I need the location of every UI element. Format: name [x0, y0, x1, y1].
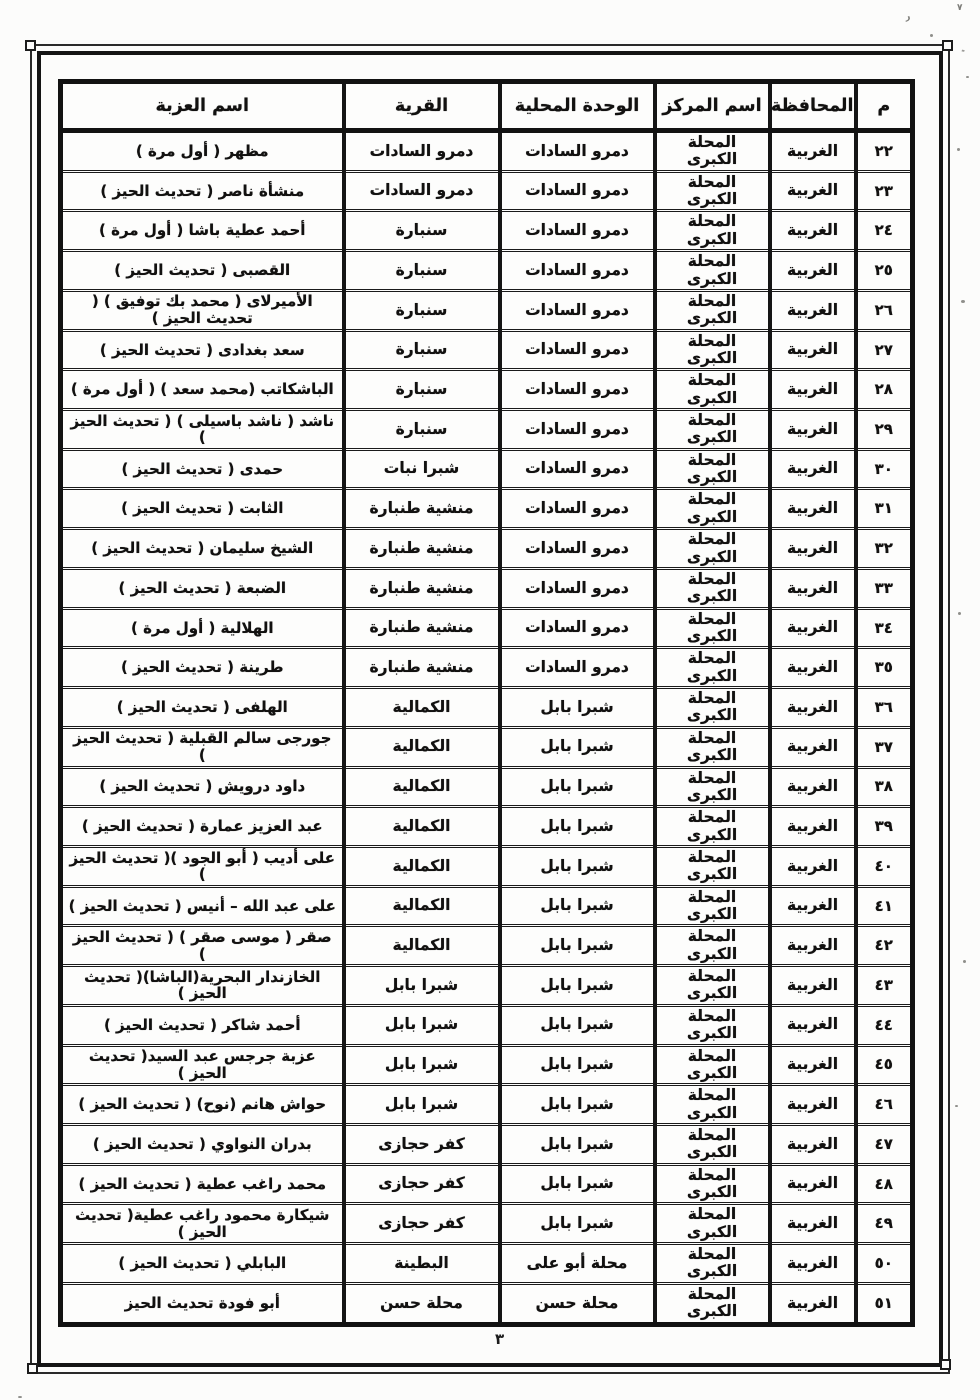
column-header-village: القرية [344, 82, 500, 131]
cell-hamlet: عبد العزيز عمارة ( تحديث الحيز ) [61, 807, 344, 847]
cell-center: المحلة الكبرى [655, 807, 770, 847]
table-row: ٤٥الغربيةالمحلة الكبرىشبرا بابلشبرا بابل… [61, 1045, 913, 1085]
cell-no: ٤٩ [856, 1204, 913, 1244]
cell-governorate: الغربية [770, 330, 856, 370]
cell-village: الكمالية [344, 688, 500, 728]
cell-village: الكمالية [344, 727, 500, 767]
cell-no: ٢٩ [856, 410, 913, 450]
cell-hamlet: عزبة جرجس عبد السيد( تحديث الحيز ) [61, 1045, 344, 1085]
table-row: ٤٤الغربيةالمحلة الكبرىشبرا بابلشبرا بابل… [61, 1005, 913, 1045]
cell-no: ٣٦ [856, 688, 913, 728]
cell-no: ٢٥ [856, 251, 913, 291]
cell-hamlet: الهلالية ( أول مرة ) [61, 608, 344, 648]
table-row: ٢٧الغربيةالمحلة الكبرىدمرو الساداتسنبارة… [61, 330, 913, 370]
cell-hamlet: جورجى سالم القبلية ( تحديث الحيز ) [61, 727, 344, 767]
cell-local-unit: شبرا بابل [500, 727, 655, 767]
cell-center: المحلة الكبرى [655, 608, 770, 648]
cell-village: كفر حجازى [344, 1204, 500, 1244]
cell-village: سنبارة [344, 330, 500, 370]
cell-center: المحلة الكبرى [655, 1244, 770, 1284]
cell-governorate: الغربية [770, 1283, 856, 1324]
cell-governorate: الغربية [770, 966, 856, 1006]
cell-governorate: الغربية [770, 290, 856, 330]
hamlets-table: مالمحافظةاسم المركزالوحدة المحليةالقريةا… [58, 79, 915, 1327]
cell-governorate: الغربية [770, 886, 856, 926]
cell-hamlet: أحمد شاكر ( تحديث الحيز ) [61, 1005, 344, 1045]
cell-hamlet: حمدى ( تحديث الحيز ) [61, 449, 344, 489]
cell-local-unit: شبرا بابل [500, 966, 655, 1006]
table-row: ٢٢الغربيةالمحلة الكبرىدمرو الساداتدمرو ا… [61, 131, 913, 172]
table-row: ٢٩الغربيةالمحلة الكبرىدمرو الساداتسنبارة… [61, 410, 913, 450]
cell-local-unit: دمرو السادات [500, 608, 655, 648]
table-row: ٤٨الغربيةالمحلة الكبرىشبرا بابلكفر حجازى… [61, 1164, 913, 1204]
cell-village: شبرا بابل [344, 1005, 500, 1045]
cell-village: منشية طنبارة [344, 568, 500, 608]
cell-local-unit: شبرا بابل [500, 886, 655, 926]
cell-center: المحلة الكبرى [655, 1283, 770, 1324]
cell-center: المحلة الكبرى [655, 529, 770, 569]
scan-speck [958, 612, 961, 615]
cell-governorate: الغربية [770, 529, 856, 569]
cell-local-unit: دمرو السادات [500, 131, 655, 172]
cell-local-unit: دمرو السادات [500, 529, 655, 569]
cell-center: المحلة الكبرى [655, 489, 770, 529]
table-row: ٢٣الغربيةالمحلة الكبرىدمرو الساداتدمرو ا… [61, 171, 913, 211]
cell-village: منشية طنبارة [344, 608, 500, 648]
cell-hamlet: منشأة ناصر ( تحديث الحيز ) [61, 171, 344, 211]
cell-village: سنبارة [344, 251, 500, 291]
cell-no: ٣١ [856, 489, 913, 529]
cell-no: ٢٤ [856, 211, 913, 251]
cell-governorate: الغربية [770, 1244, 856, 1284]
cell-no: ٢٧ [856, 330, 913, 370]
cell-no: ٤٢ [856, 926, 913, 966]
cell-hamlet: داود درويش ( تحديث الحيز ) [61, 767, 344, 807]
cell-hamlet: ناشد ( ناشد باسيلى ) ( تحديث الحيز ) [61, 410, 344, 450]
table-row: ٤٧الغربيةالمحلة الكبرىشبرا بابلكفر حجازى… [61, 1124, 913, 1164]
cell-center: المحلة الكبرى [655, 767, 770, 807]
column-header-no: م [856, 82, 913, 131]
cell-local-unit: شبرا بابل [500, 926, 655, 966]
cell-local-unit: دمرو السادات [500, 171, 655, 211]
cell-center: المحلة الكبرى [655, 1045, 770, 1085]
table-row: ٢٦الغربيةالمحلة الكبرىدمرو الساداتسنبارة… [61, 290, 913, 330]
cell-no: ٢٣ [856, 171, 913, 211]
cell-hamlet: البابلي ( تحديث الحيز ) [61, 1244, 344, 1284]
cell-village: دمرو السادات [344, 171, 500, 211]
frame-corner-ornament [942, 40, 953, 51]
cell-center: المحلة الكبرى [655, 886, 770, 926]
cell-center: المحلة الكبرى [655, 688, 770, 728]
table-row: ٢٤الغربيةالمحلة الكبرىدمرو الساداتسنبارة… [61, 211, 913, 251]
cell-governorate: الغربية [770, 1204, 856, 1244]
table-row: ٣٠الغربيةالمحلة الكبرىدمرو الساداتشبرا ن… [61, 449, 913, 489]
table-header-row: مالمحافظةاسم المركزالوحدة المحليةالقريةا… [61, 82, 913, 131]
cell-village: شبرا بابل [344, 966, 500, 1006]
cell-center: المحلة الكبرى [655, 727, 770, 767]
table-row: ٥٠الغربيةالمحلة الكبرىمحلة أبو علىالبطين… [61, 1244, 913, 1284]
frame-corner-ornament [940, 1359, 951, 1370]
cell-village: الكمالية [344, 807, 500, 847]
cell-governorate: الغربية [770, 1045, 856, 1085]
cell-governorate: الغربية [770, 251, 856, 291]
cell-local-unit: دمرو السادات [500, 489, 655, 529]
table-row: ٣٦الغربيةالمحلة الكبرىشبرا بابلالكماليةا… [61, 688, 913, 728]
scan-speck [18, 1396, 22, 1398]
cell-no: ٢٦ [856, 290, 913, 330]
table-row: ٣١الغربيةالمحلة الكبرىدمرو الساداتمنشية … [61, 489, 913, 529]
cell-center: المحلة الكبرى [655, 1085, 770, 1125]
cell-village: دمرو السادات [344, 131, 500, 172]
cell-local-unit: دمرو السادات [500, 449, 655, 489]
cell-local-unit: شبرا بابل [500, 1045, 655, 1085]
cell-no: ٤٤ [856, 1005, 913, 1045]
scanned-page: مالمحافظةاسم المركزالوحدة المحليةالقريةا… [0, 0, 980, 1400]
cell-no: ٤٠ [856, 846, 913, 886]
cell-hamlet: أبو فودة تحديث الحيز [61, 1283, 344, 1324]
cell-no: ٤٣ [856, 966, 913, 1006]
cell-village: كفر حجازى [344, 1164, 500, 1204]
cell-no: ٣٤ [856, 608, 913, 648]
cell-center: المحلة الكبرى [655, 171, 770, 211]
table-row: ٣٨الغربيةالمحلة الكبرىشبرا بابلالكماليةد… [61, 767, 913, 807]
cell-hamlet: الهلفى ( تحديث الحيز ) [61, 688, 344, 728]
cell-local-unit: محلة أبو على [500, 1244, 655, 1284]
table-row: ٣٧الغربيةالمحلة الكبرىشبرا بابلالكماليةج… [61, 727, 913, 767]
cell-no: ٣٢ [856, 529, 913, 569]
column-header-local-unit: الوحدة المحلية [500, 82, 655, 131]
cell-center: المحلة الكبرى [655, 1204, 770, 1244]
table-body: ٢٢الغربيةالمحلة الكبرىدمرو الساداتدمرو ا… [61, 131, 913, 1325]
cell-hamlet: على عبد الله – أنيس ( تحديث الحيز ) [61, 886, 344, 926]
cell-hamlet: على أديب ( أبو الجود )( تحديث الحيز ) [61, 846, 344, 886]
cell-local-unit: شبرا بابل [500, 767, 655, 807]
cell-village: محلة حسن [344, 1283, 500, 1324]
cell-local-unit: دمرو السادات [500, 251, 655, 291]
table-row: ٤٠الغربيةالمحلة الكبرىشبرا بابلالكماليةع… [61, 846, 913, 886]
cell-hamlet: الشيخ سليمان ( تحديث الحيز ) [61, 529, 344, 569]
cell-hamlet: شيكارة محمود راغب عطية( تحديث الحيز ) [61, 1204, 344, 1244]
cell-no: ٥٠ [856, 1244, 913, 1284]
cell-village: الكمالية [344, 767, 500, 807]
cell-local-unit: شبرا بابل [500, 1124, 655, 1164]
scan-speck [955, 1105, 958, 1107]
cell-governorate: الغربية [770, 171, 856, 211]
cell-governorate: الغربية [770, 568, 856, 608]
cell-governorate: الغربية [770, 1164, 856, 1204]
cell-center: المحلة الكبرى [655, 330, 770, 370]
cell-governorate: الغربية [770, 926, 856, 966]
table-row: ٤٦الغربيةالمحلة الكبرىشبرا بابلشبرا بابل… [61, 1085, 913, 1125]
cell-hamlet: بدران النواوي ( تحديث الحيز ) [61, 1124, 344, 1164]
scan-speck: ٍ [960, 42, 963, 51]
cell-no: ٣٣ [856, 568, 913, 608]
cell-no: ٢٢ [856, 131, 913, 172]
column-header-hamlet: اسم العزبة [61, 82, 344, 131]
cell-no: ٤٨ [856, 1164, 913, 1204]
cell-local-unit: دمرو السادات [500, 290, 655, 330]
cell-village: شبرا نبات [344, 449, 500, 489]
cell-local-unit: دمرو السادات [500, 410, 655, 450]
cell-local-unit: شبرا بابل [500, 846, 655, 886]
cell-center: المحلة الكبرى [655, 926, 770, 966]
cell-village: الكمالية [344, 926, 500, 966]
cell-hamlet: سعد بغدادى ( تحديث الحيز ) [61, 330, 344, 370]
cell-hamlet: طرينة ( تحديث الحيز ) [61, 648, 344, 688]
cell-no: ٣٨ [856, 767, 913, 807]
scan-speck: ٧ [957, 3, 963, 13]
cell-village: شبرا بابل [344, 1045, 500, 1085]
frame-corner-ornament [25, 40, 36, 51]
frame-corner-ornament [27, 1363, 38, 1374]
cell-governorate: الغربية [770, 410, 856, 450]
cell-center: المحلة الكبرى [655, 290, 770, 330]
cell-governorate: الغربية [770, 648, 856, 688]
cell-governorate: الغربية [770, 370, 856, 410]
table-row: ٤٣الغربيةالمحلة الكبرىشبرا بابلشبرا بابل… [61, 966, 913, 1006]
table-row: ٢٥الغربيةالمحلة الكبرىدمرو الساداتسنبارة… [61, 251, 913, 291]
cell-hamlet: أحمد عطية باشا ( أول مرة ) [61, 211, 344, 251]
cell-no: ٣٠ [856, 449, 913, 489]
cell-hamlet: الضبعة ( تحديث الحيز ) [61, 568, 344, 608]
cell-village: البطينة [344, 1244, 500, 1284]
cell-governorate: الغربية [770, 767, 856, 807]
cell-governorate: الغربية [770, 1005, 856, 1045]
cell-village: سنبارة [344, 211, 500, 251]
cell-village: الكمالية [344, 846, 500, 886]
scan-speck [966, 76, 969, 78]
cell-center: المحلة الكبرى [655, 966, 770, 1006]
cell-center: المحلة الكبرى [655, 648, 770, 688]
cell-center: المحلة الكبرى [655, 1124, 770, 1164]
cell-center: المحلة الكبرى [655, 131, 770, 172]
cell-no: ٤١ [856, 886, 913, 926]
cell-local-unit: شبرا بابل [500, 1005, 655, 1045]
scan-speck [957, 148, 960, 151]
cell-governorate: الغربية [770, 1124, 856, 1164]
cell-local-unit: شبرا بابل [500, 807, 655, 847]
cell-local-unit: شبرا بابل [500, 688, 655, 728]
table-header: مالمحافظةاسم المركزالوحدة المحليةالقريةا… [61, 82, 913, 131]
table-row: ٣٢الغربيةالمحلة الكبرىدمرو الساداتمنشية … [61, 529, 913, 569]
table-row: ٢٨الغربيةالمحلة الكبرىدمرو الساداتسنبارة… [61, 370, 913, 410]
scan-speck [963, 960, 966, 963]
cell-no: ٣٧ [856, 727, 913, 767]
cell-governorate: الغربية [770, 1085, 856, 1125]
table-row: ٣٩الغربيةالمحلة الكبرىشبرا بابلالكماليةع… [61, 807, 913, 847]
cell-center: المحلة الكبرى [655, 449, 770, 489]
cell-village: سنبارة [344, 410, 500, 450]
cell-governorate: الغربية [770, 688, 856, 728]
cell-local-unit: محلة حسن [500, 1283, 655, 1324]
column-header-center: اسم المركز [655, 82, 770, 131]
table-row: ٣٣الغربيةالمحلة الكبرىدمرو الساداتمنشية … [61, 568, 913, 608]
cell-governorate: الغربية [770, 211, 856, 251]
cell-hamlet: محمد راغب عطية ( تحديث الحيز ) [61, 1164, 344, 1204]
cell-governorate: الغربية [770, 727, 856, 767]
cell-no: ٤٧ [856, 1124, 913, 1164]
cell-no: ٤٦ [856, 1085, 913, 1125]
cell-hamlet: الأميرلاى ( محمد بك توفيق ) ( تحديث الحي… [61, 290, 344, 330]
cell-village: سنبارة [344, 370, 500, 410]
page-number: ٣ [495, 1330, 504, 1348]
cell-village: منشية طنبارة [344, 529, 500, 569]
cell-governorate: الغربية [770, 846, 856, 886]
cell-hamlet: صقر ( موسى صقر ) ( تحديث الحيز ) [61, 926, 344, 966]
cell-governorate: الغربية [770, 608, 856, 648]
cell-local-unit: دمرو السادات [500, 330, 655, 370]
cell-no: ٣٥ [856, 648, 913, 688]
cell-local-unit: شبرا بابل [500, 1204, 655, 1244]
cell-local-unit: دمرو السادات [500, 370, 655, 410]
cell-center: المحلة الكبرى [655, 568, 770, 608]
cell-hamlet: مظهر ( أول مرة ) [61, 131, 344, 172]
table-row: ٣٥الغربيةالمحلة الكبرىدمرو الساداتمنشية … [61, 648, 913, 688]
cell-local-unit: دمرو السادات [500, 211, 655, 251]
cell-hamlet: الخازندار البحرية(الباشا)( تحديث الحيز ) [61, 966, 344, 1006]
cell-village: كفر حجازى [344, 1124, 500, 1164]
cell-governorate: الغربية [770, 489, 856, 529]
cell-center: المحلة الكبرى [655, 251, 770, 291]
cell-village: الكمالية [344, 886, 500, 926]
cell-center: المحلة الكبرى [655, 1164, 770, 1204]
cell-no: ٣٩ [856, 807, 913, 847]
cell-local-unit: دمرو السادات [500, 648, 655, 688]
table-row: ٥١الغربيةالمحلة الكبرىمحلة حسنمحلة حسنأب… [61, 1283, 913, 1324]
cell-center: المحلة الكبرى [655, 211, 770, 251]
table-row: ٤٢الغربيةالمحلة الكبرىشبرا بابلالكماليةص… [61, 926, 913, 966]
cell-center: المحلة الكبرى [655, 410, 770, 450]
table-row: ٤٩الغربيةالمحلة الكبرىشبرا بابلكفر حجازى… [61, 1204, 913, 1244]
cell-local-unit: شبرا بابل [500, 1085, 655, 1125]
table-row: ٣٤الغربيةالمحلة الكبرىدمرو الساداتمنشية … [61, 608, 913, 648]
column-header-governorate: المحافظة [770, 82, 856, 131]
cell-no: ٥١ [856, 1283, 913, 1324]
cell-hamlet: القصبى ( تحديث الحيز ) [61, 251, 344, 291]
cell-village: منشية طنبارة [344, 489, 500, 529]
cell-center: المحلة الكبرى [655, 1005, 770, 1045]
scan-speck [961, 300, 965, 303]
table-row: ٤١الغربيةالمحلة الكبرىشبرا بابلالكماليةع… [61, 886, 913, 926]
cell-village: شبرا بابل [344, 1085, 500, 1125]
cell-no: ٤٥ [856, 1045, 913, 1085]
cell-no: ٢٨ [856, 370, 913, 410]
cell-hamlet: حواش هانم (نوح) ( تحديث الحيز ) [61, 1085, 344, 1125]
cell-hamlet: الباشكاتب (محمد سعد ) ( أول مرة ) [61, 370, 344, 410]
cell-governorate: الغربية [770, 449, 856, 489]
scan-speck [930, 34, 933, 37]
cell-village: منشية طنبارة [344, 648, 500, 688]
cell-local-unit: دمرو السادات [500, 568, 655, 608]
cell-governorate: الغربية [770, 131, 856, 172]
scan-speck: ر [904, 11, 912, 22]
cell-center: المحلة الكبرى [655, 846, 770, 886]
cell-governorate: الغربية [770, 807, 856, 847]
cell-village: سنبارة [344, 290, 500, 330]
cell-local-unit: شبرا بابل [500, 1164, 655, 1204]
cell-hamlet: الثابت ( تحديث الحيز ) [61, 489, 344, 529]
cell-center: المحلة الكبرى [655, 370, 770, 410]
